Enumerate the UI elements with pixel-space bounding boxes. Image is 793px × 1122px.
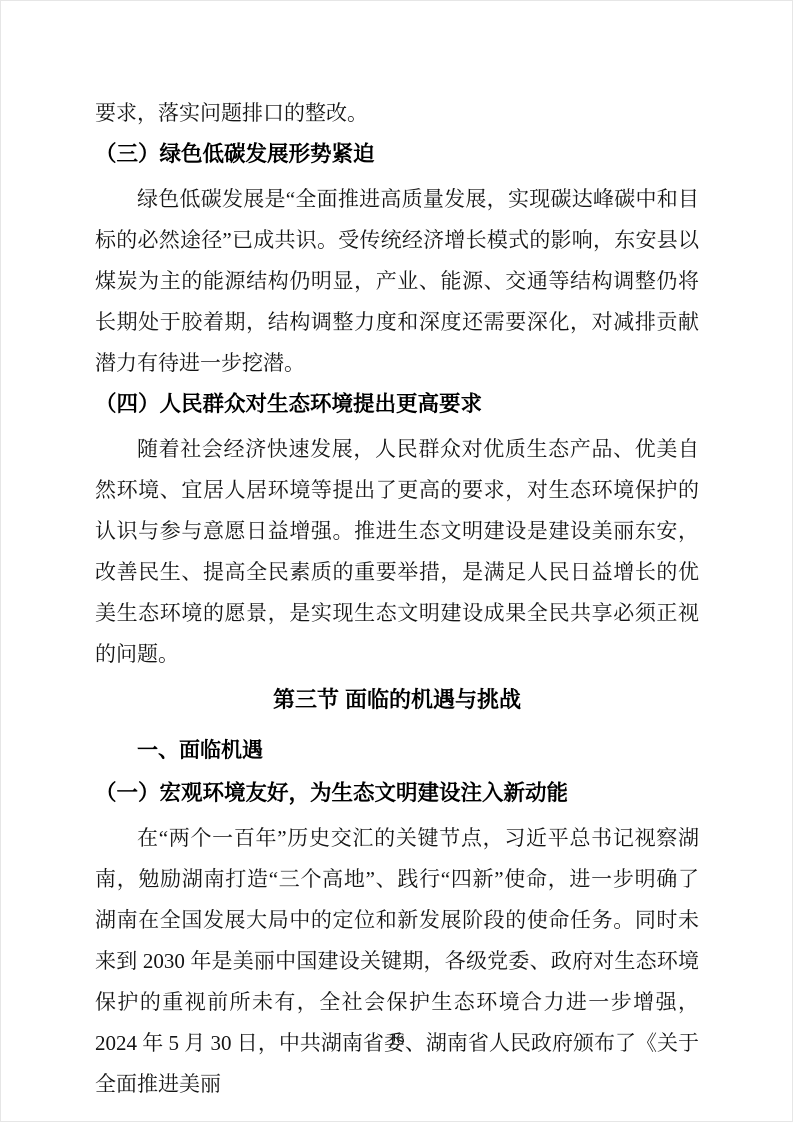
subsection-heading-three: （三）绿色低碳发展形势紧迫 <box>95 134 699 175</box>
body-paragraph-continuation: 要求，落实问题排口的整改。 <box>95 93 699 134</box>
numbered-sub-heading-opportunities: 一、面临机遇 <box>95 730 699 771</box>
body-paragraph-macro-environment: 在“两个一百年”历史交汇的关键节点，习近平总书记视察湖南，勉励湖南打造“三个高地… <box>95 818 699 1105</box>
section-title: 第三节 面临的机遇与挑战 <box>95 679 699 720</box>
document-page: 要求，落实问题排口的整改。 （三）绿色低碳发展形势紧迫 绿色低碳发展是“全面推进… <box>0 0 793 1122</box>
body-paragraph-green-lowcarbon: 绿色低碳发展是“全面推进高质量发展，实现碳达峰碳中和目标的必然途径”已成共识。受… <box>95 179 699 384</box>
body-paragraph-public-demand: 随着社会经济快速发展，人民群众对优质生态产品、优美自然环境、宜居人居环境等提出了… <box>95 429 699 675</box>
page-number: 16 <box>1 1031 792 1049</box>
subsection-heading-one: （一）宏观环境友好，为生态文明建设注入新动能 <box>95 773 699 814</box>
subsection-heading-four: （四）人民群众对生态环境提出更高要求 <box>95 384 699 425</box>
